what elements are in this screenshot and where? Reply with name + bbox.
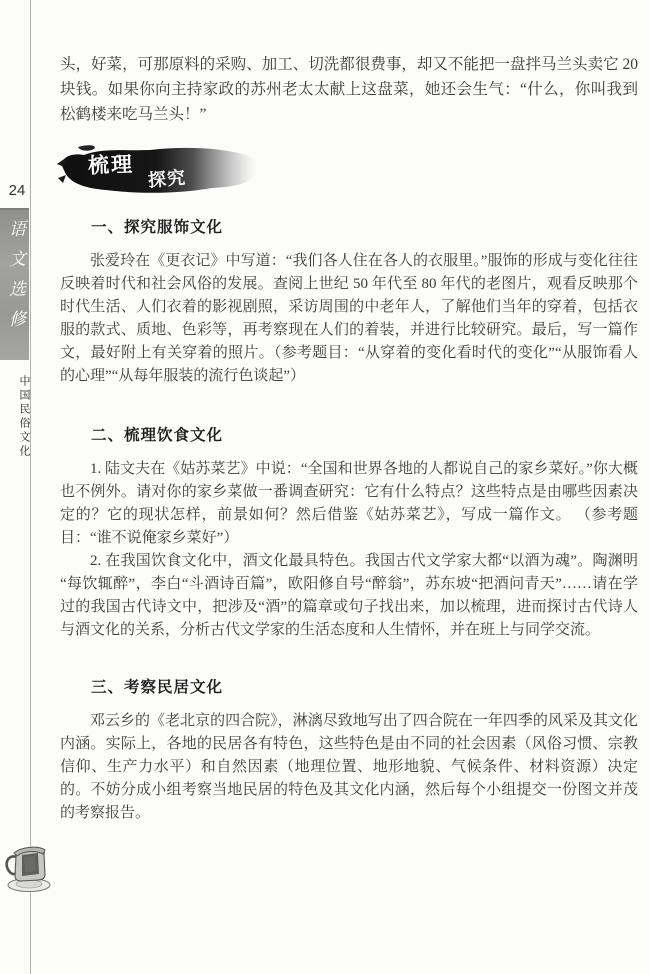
banner-word-tanjiu: 探究 [147,163,187,192]
pitcher-icon [2,838,54,898]
spine-subject-title: 中国民俗文化 [0,372,32,462]
section-food-paragraph-2: 2. 在我国饮食文化中，酒文化最具特色。我国古代文学家大都“以酒为魂”。陶渊明“… [60,550,638,642]
intro-paragraph: 头，好菜，可那原料的采购、加工、切洗都很费事，却又不能把一盘拌马兰头卖它 20 … [60,52,638,127]
section-food-paragraph-1: 1. 陆文夫在《姑苏菜艺》中说：“全国和世界各地的人都说自己的家乡菜好。”你大概… [60,458,638,550]
spine-series-title: 语文选修 [0,209,29,361]
page-number: 24 [6,182,28,199]
section-heading-food: 二、梳理饮食文化 [60,426,638,446]
section-dwelling-paragraph: 邓云乡的《老北京的四合院》，淋漓尽致地写出了四合院在一年四季的风采及其文化内涵。… [60,710,638,825]
main-content: 一、探究服饰文化 张爱玲在《更衣记》中写道：“我们各人住在各人的衣服里。”服饰的… [60,218,638,825]
banner-word-shuli: 梳理 [87,148,134,180]
section-banner: 梳理 探究 [54,142,264,202]
spine-strip: 语文选修 [0,210,29,360]
page-margin-rule [30,0,31,974]
section-heading-dwelling: 三、考察民居文化 [60,678,638,698]
section-clothing-paragraph: 张爱玲在《更衣记》中写道：“我们各人住在各人的衣服里。”服饰的形成与变化往往反映… [60,250,638,388]
section-heading-clothing: 一、探究服饰文化 [60,218,638,238]
